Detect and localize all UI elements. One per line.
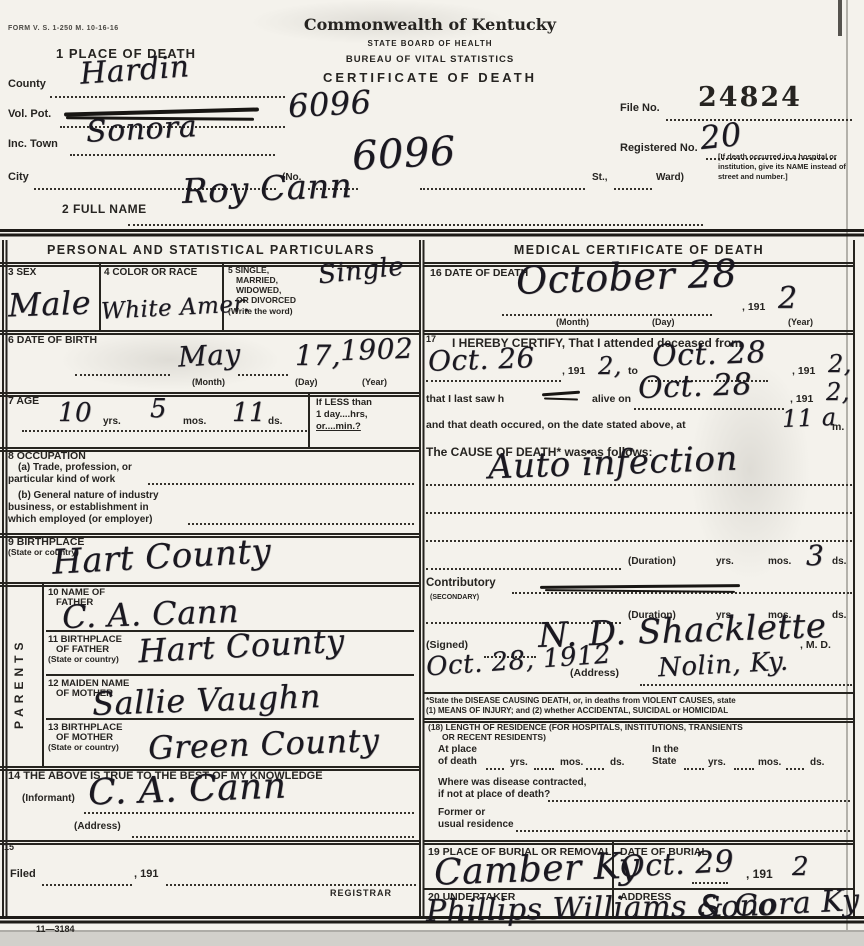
registered-no-handwritten: 20 [698,118,743,154]
divider [853,240,855,918]
less-than-day-label: If LESS than [316,398,372,408]
dotted-line [70,154,275,156]
file-no-label: File No. [620,103,660,114]
scribble [544,397,578,400]
disease-contracted-label: if not at place of death? [438,790,550,800]
registrar-label: REGISTRAR [330,889,392,898]
year-printed: , 191 [562,366,585,377]
marital-label: WIDOWED, [236,286,281,295]
dotted-line [640,684,852,686]
scan-streak [838,0,842,36]
yrs-unit-label: yrs. [708,758,726,768]
dotted-line [614,188,652,190]
dotted-line [132,836,414,838]
date-of-death-label: 16 DATE OF DEATH [430,268,528,279]
dotted-line [426,512,852,514]
death-year-handwritten: 2 [778,284,798,314]
divider [0,582,419,584]
year-printed: , 191 [790,394,813,405]
duration-label: (Duration) [628,557,676,567]
scribble [542,391,580,397]
dotted-line [238,374,288,376]
death-time-handwritten: 11 a [782,405,837,431]
day-caption: (Day) [295,378,318,387]
ds-unit-label: ds. [610,758,624,768]
attended-from-date-handwritten: Oct. 26 [428,344,536,376]
dotted-line [188,523,414,525]
hospital-note: [If death occurred in a hospital or inst… [718,152,858,181]
dotted-line [486,768,504,770]
street-label: St., [592,173,608,183]
physician-address-label: (Address) [570,668,619,679]
burial-place-handwritten: Camber Ky [433,848,640,891]
dotted-line [534,768,554,770]
divider [2,240,4,918]
parents-side-label: PARENTS [12,608,26,758]
masthead-commonwealth: Commonwealth of Kentucky [280,17,580,33]
occupation-a-label: particular kind of work [8,475,115,485]
age-label: 7 AGE [8,396,39,407]
dotted-line [426,380,561,382]
cause-of-death-handwritten: Auto infection [487,442,738,485]
dob-year-handwritten: 1902 [340,335,414,366]
at-place-label: of death [438,757,477,767]
year-printed: , 191 [746,868,773,880]
dob-day-handwritten: 17, [295,342,341,370]
date-of-death-handwritten: October 28 [515,254,737,300]
ds-unit-label: ds. [832,611,846,621]
year-caption: (Year) [362,378,387,387]
occupation-a-label: (a) Trade, profession, or [18,463,132,473]
file-no-stamp: 24824 [698,84,802,111]
certify-row-number: 17 [426,335,436,344]
contributory-label: Contributory [426,578,496,590]
dotted-line [786,768,804,770]
sex-value-handwritten: Male [7,287,91,322]
paper-edge-right [846,0,848,932]
vol-value-handwritten: 6096 [287,86,372,122]
death-certificate-scan: FORM V. S. 1-250 M. 10-16-16 Commonwealt… [0,0,864,946]
month-caption: (Month) [556,318,589,327]
informant-address-label: (Address) [74,822,121,832]
county-label: County [8,79,46,90]
disease-contracted-label: Where was disease contracted, [438,778,586,788]
divider [0,447,419,449]
dotted-line [22,430,307,432]
informant-signature-handwritten: C. A. Cann [87,769,287,812]
divider [0,840,419,842]
footnote: (1) MEANS OF INJURY; and (2) whether ACC… [426,707,728,715]
dotted-line [734,768,754,770]
mother-birthplace-sub-label: (State or country) [48,743,119,752]
at-place-label: At place [438,745,477,755]
plate-number: 11—3184 [36,925,75,934]
birthplace-handwritten: Hart County [51,534,272,579]
to-year-handwritten: 2, [828,352,852,376]
occupation-b-label: which employed (or employer) [8,515,152,525]
year-printed: , 191 [792,366,815,377]
less-than-day-label: 1 day....hrs, [316,410,368,420]
meridiem-label: m. [832,422,844,433]
divider [42,583,44,766]
divider [424,840,854,842]
county-value-handwritten: Hardin [79,52,190,90]
marital-label: OR DIVORCED [236,296,296,305]
saw-year-handwritten: 2, [826,380,850,404]
dotted-line [586,768,604,770]
year-printed: , 191 [742,302,765,313]
divider [46,674,414,676]
form-number: FORM V. S. 1-250 M. 10-16-16 [8,25,119,32]
divider [308,394,310,447]
dotted-line [692,882,728,884]
masthead-board: STATE BOARD OF HEALTH [280,40,580,48]
dotted-line [166,884,416,886]
age-days-handwritten: 11 [232,400,266,426]
filed-row-number: 15 [4,843,14,852]
divider [424,692,854,694]
mos-unit-label: mos. [768,557,791,567]
divider [424,718,854,720]
ward-label: Ward) [656,173,684,183]
dotted-line [426,484,852,486]
mother-name-handwritten: Sallie Vaughn [92,680,322,720]
occupation-b-label: business, or establishment in [8,503,149,513]
secondary-label: (SECONDARY) [430,594,479,601]
dotted-line [148,483,414,485]
informant-label: (Informant) [22,794,75,804]
filed-year-label: , 191 [134,869,158,880]
day-caption: (Day) [652,318,675,327]
dotted-line [420,188,585,190]
dob-month-handwritten: May [177,340,241,371]
filed-label: Filed [10,869,36,880]
divider [424,888,612,890]
marital-write-word-label: (Write the word) [228,307,293,316]
sex-label: 3 SEX [8,268,36,278]
former-residence-label: usual residence [438,820,514,830]
alive-on-label: alive on [592,394,631,405]
in-state-label: State [652,757,676,767]
dotted-line [75,374,170,376]
mother-birthplace-handwritten: Green County [148,724,380,764]
md-label: , M. D. [800,640,831,651]
physician-address-handwritten: Nolin, Ky. [657,649,789,682]
dotted-line [426,540,852,542]
certificate-title: CERTIFICATE OF DEATH [280,71,580,84]
death-occurred-label: and that death occured, on the date stat… [426,420,686,431]
divider [424,330,854,332]
town-value-handwritten: Sonora [85,112,198,148]
masthead-bureau: BUREAU OF VITAL STATISTICS [280,55,580,65]
former-residence-label: Former or [438,808,485,818]
father-birthplace-handwritten: Hart County [137,625,345,668]
marital-value-handwritten: Single [317,254,405,289]
dotted-line [84,812,414,814]
divider [419,240,421,918]
from-year-handwritten: 2, [598,354,622,378]
residence-label: (18) LENGTH OF RESIDENCE (FOR HOSPITALS,… [428,723,743,732]
father-birthplace-sub-label: (State or country) [48,655,119,664]
dotted-line [42,884,132,886]
divider [46,718,414,720]
less-than-day-label: or....min.? [316,422,361,432]
year-caption: (Year) [788,318,813,327]
yrs-unit-label: yrs. [103,417,121,427]
mos-unit-label: mos. [560,758,583,768]
footnote: *State the DISEASE CAUSING DEATH, or, in… [426,697,736,705]
scan-background [0,932,864,946]
dotted-line [666,119,852,121]
marital-label: MARRIED, [236,276,278,285]
vol-pot-label: Vol. Pot. [8,109,51,120]
dotted-line [634,408,784,410]
dotted-line [684,768,704,770]
mos-unit-label: mos. [183,417,206,427]
marital-label: 5 SINGLE, [228,266,269,275]
duration-days-handwritten: 3 [806,542,824,570]
dotted-line [426,568,621,570]
burial-year-handwritten: 2 [792,854,809,880]
occupation-b-label: (b) General nature of industry [18,491,159,501]
residence-label: OR RECENT RESIDENTS) [442,733,546,742]
struck-out-text [540,584,740,589]
dotted-line [548,800,850,802]
dotted-line [128,224,703,226]
inc-town-label: Inc. Town [8,139,58,150]
race-label: 4 COLOR OR RACE [104,268,197,278]
ds-unit-label: ds. [832,557,846,567]
age-years-handwritten: 10 [58,400,92,426]
divider [0,229,864,232]
yrs-unit-label: yrs. [716,557,734,567]
personal-section-title: PERSONAL AND STATISTICAL PARTICULARS [4,244,418,257]
full-name-handwritten: Roy Cann [181,169,352,209]
ds-unit-label: ds. [810,758,824,768]
yrs-unit-label: yrs. [510,758,528,768]
city-label: City [8,172,29,183]
divider [0,392,419,394]
undertaker-address-handwritten: Sonora Ky [699,886,860,924]
burial-date-handwritten: Oct. 29 [619,847,735,883]
city-no-handwritten: 6096 [351,131,457,176]
divider [0,330,419,332]
father-name-handwritten: C. A. Cann [61,595,239,633]
ds-unit-label: ds. [268,417,282,427]
age-months-handwritten: 5 [150,396,167,422]
dotted-line [516,830,850,832]
last-seen-date-handwritten: Oct. 28 [638,370,753,404]
registered-no-label: Registered No. [620,143,698,154]
in-state-label: In the [652,745,679,755]
dotted-line [50,96,285,98]
occupation-label: 8 OCCUPATION [8,451,86,462]
full-name-label: 2 FULL NAME [62,203,147,215]
mos-unit-label: mos. [758,758,781,768]
dob-label: 6 DATE OF BIRTH [8,335,97,346]
month-caption: (Month) [192,378,225,387]
last-saw-label: that I last saw h [426,394,504,405]
dotted-line [502,314,712,316]
